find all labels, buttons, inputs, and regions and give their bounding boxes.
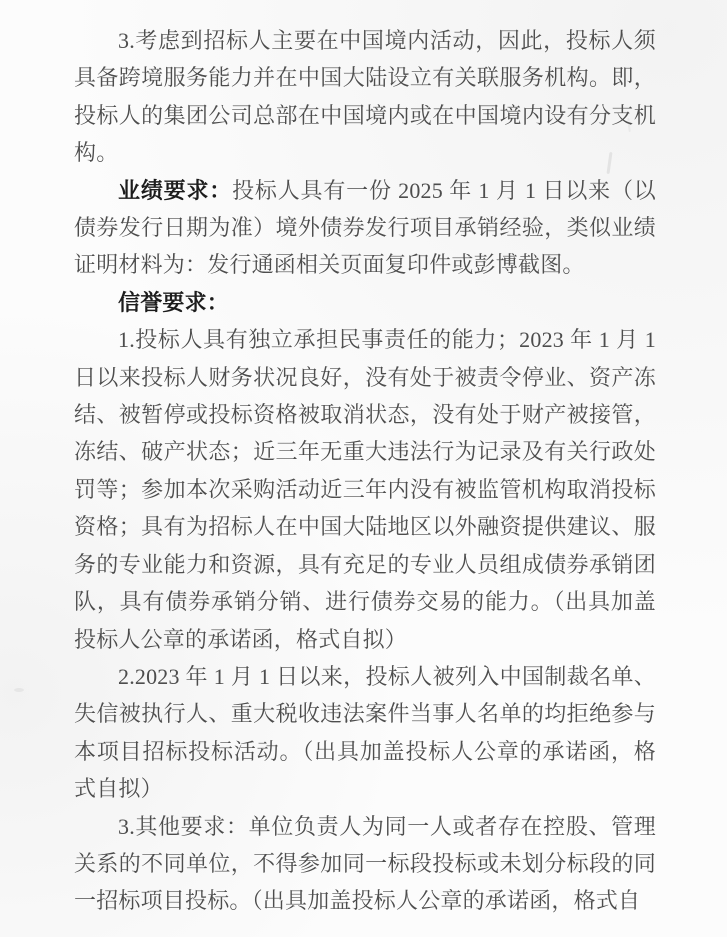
para-credit-requirement-heading: 信誉要求： (74, 284, 656, 321)
credit-requirement-label: 信誉要求： (118, 290, 229, 315)
scan-smudge-mark (14, 688, 24, 692)
para-performance-requirement: 业绩要求：投标人具有一份 2025 年 1 月 1 日以来（以债券发行日期为准）… (74, 172, 656, 284)
para-credit-item-2: 2.2023 年 1 月 1 日以来，投标人被列入中国制裁名单、失信被执行人、重… (74, 658, 656, 808)
para-other-requirements: 3.其他要求：单位负责人为同一人或者存在控股、管理关系的不同单位，不得参加同一标… (74, 808, 656, 920)
document-text-block: 3.考虑到招标人主要在中国境内活动，因此，投标人须具备跨境服务能力并在中国大陆设… (74, 22, 656, 920)
para-credit-item-1: 1.投标人具有独立承担民事责任的能力；2023 年 1 月 1 日以来投标人财务… (74, 321, 656, 658)
document-page: 3.考虑到招标人主要在中国境内活动，因此，投标人须具备跨境服务能力并在中国大陆设… (0, 0, 727, 937)
performance-requirement-label: 业绩要求： (118, 178, 232, 203)
para-cross-border-requirement: 3.考虑到招标人主要在中国境内活动，因此，投标人须具备跨境服务能力并在中国大陆设… (74, 22, 656, 172)
